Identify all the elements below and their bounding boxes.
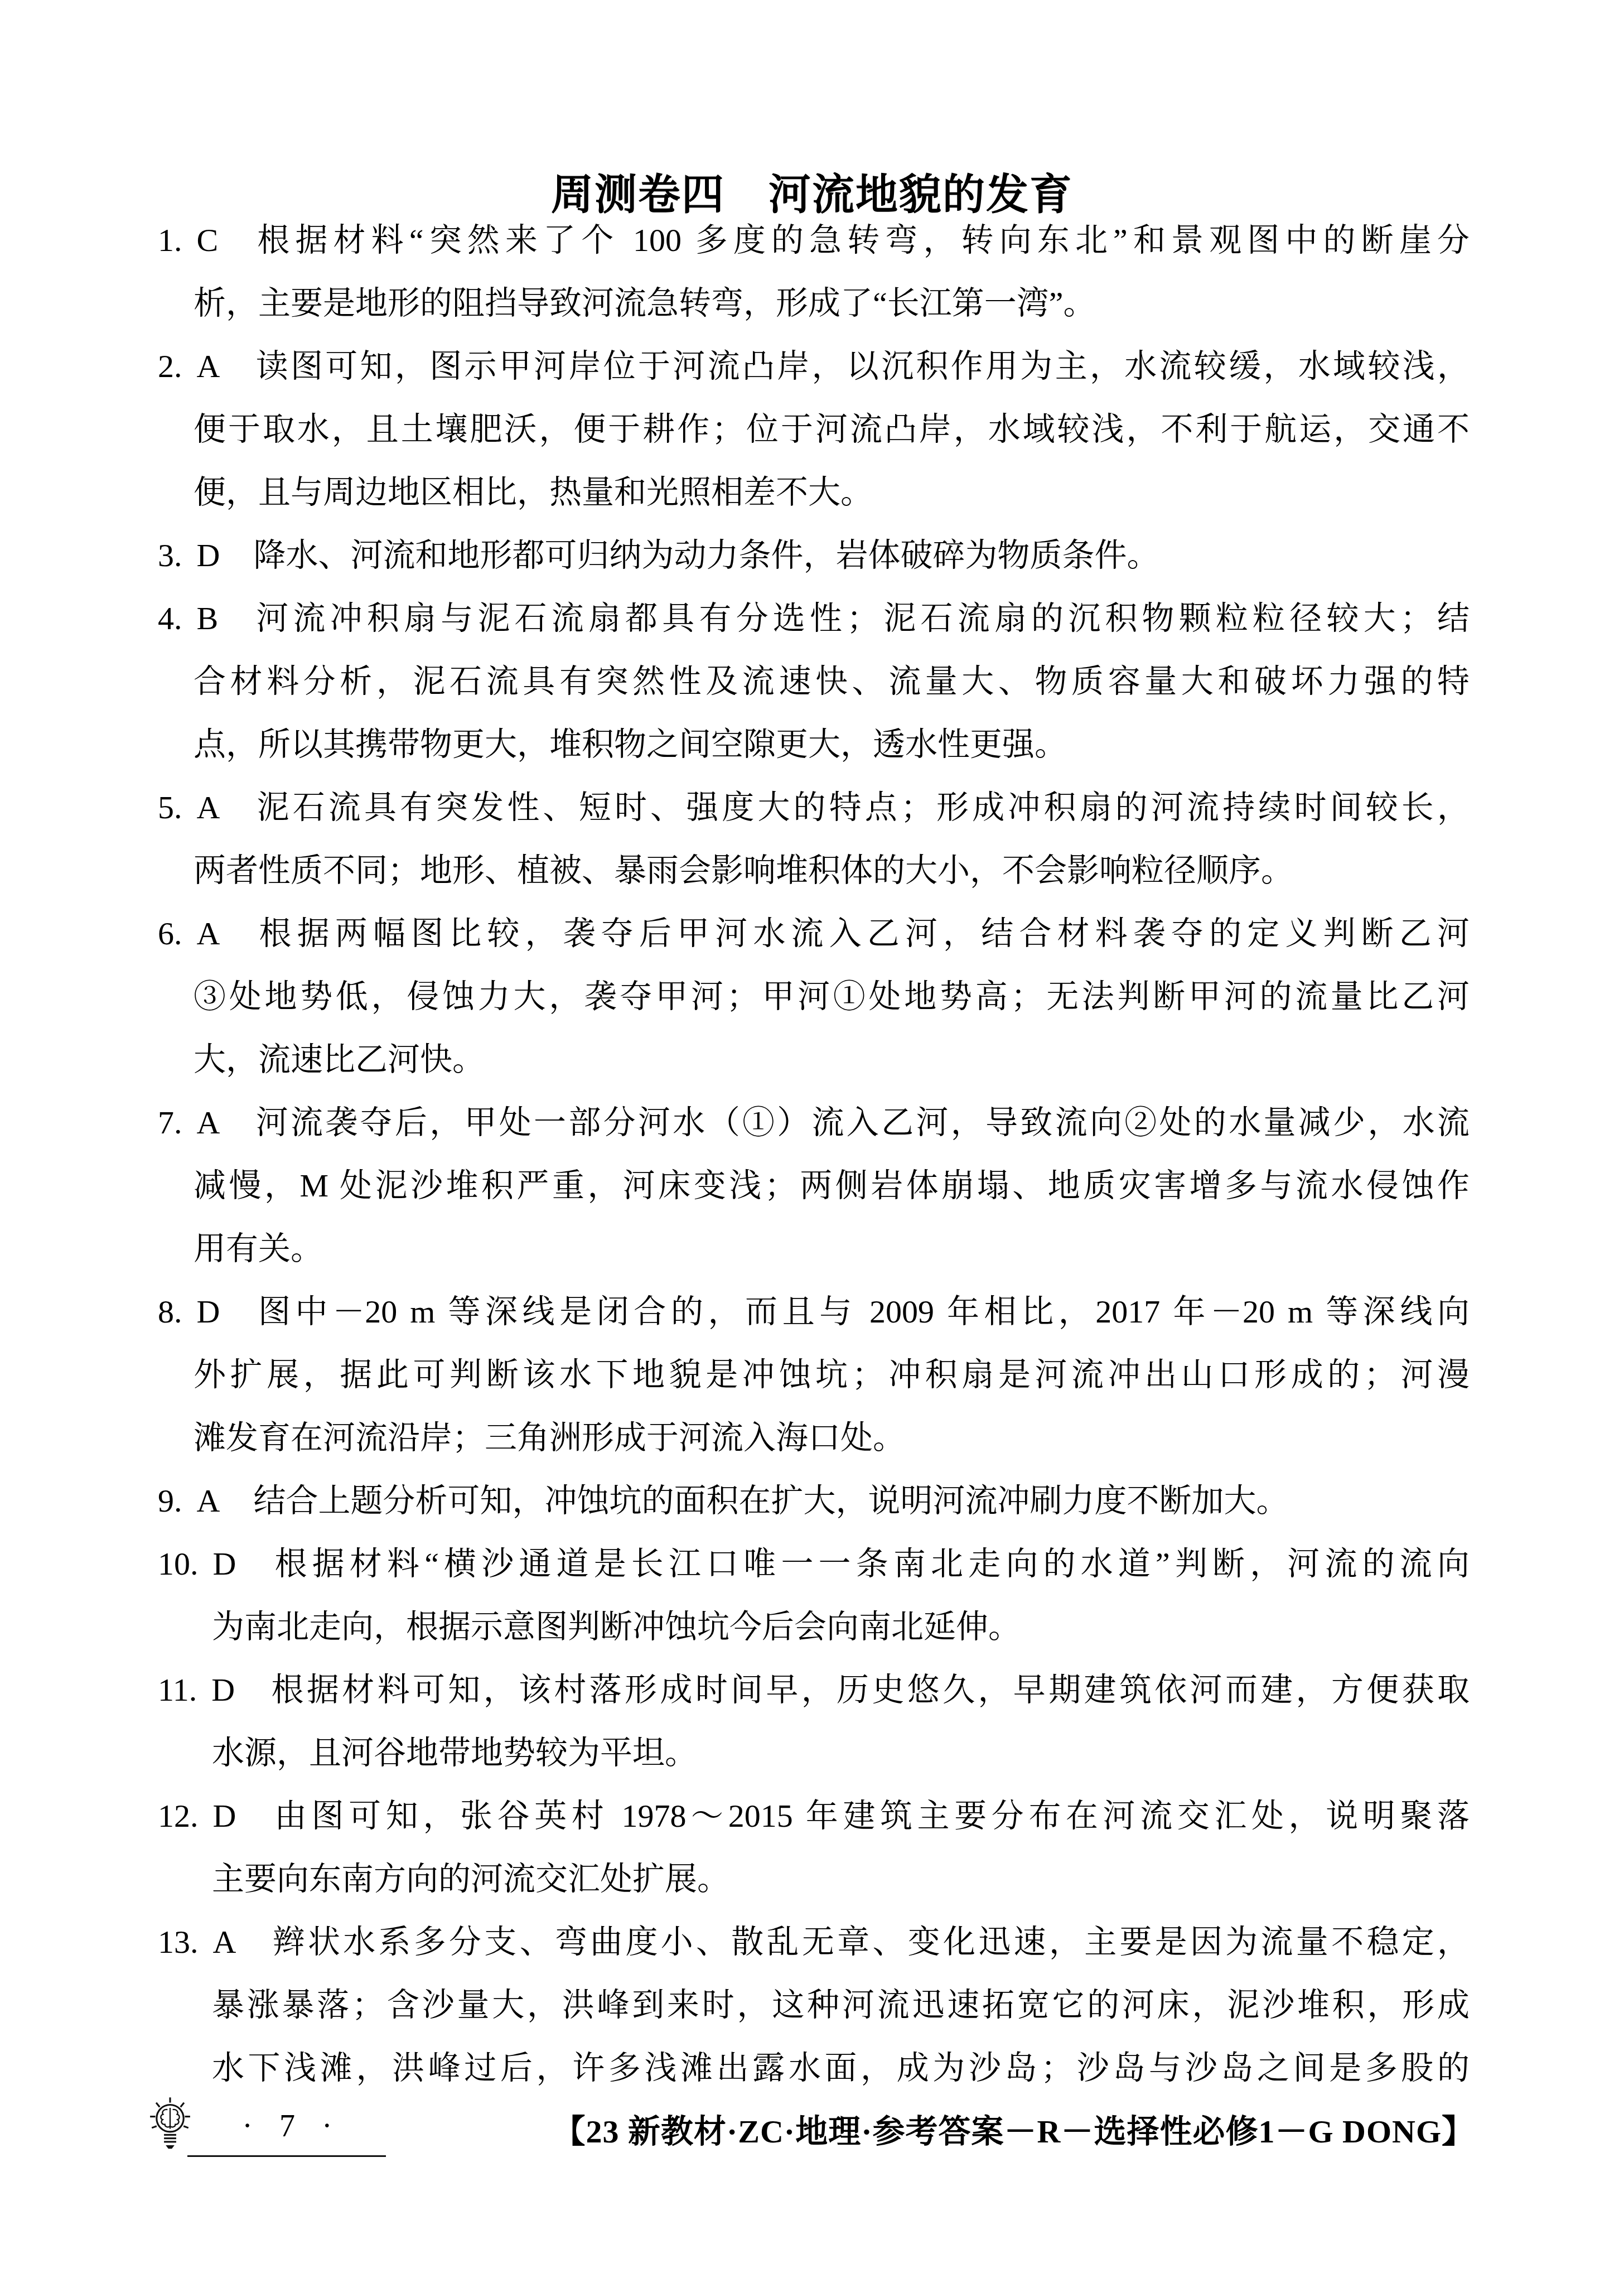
item-number: 1.	[158, 209, 182, 272]
answer-item: 3.D降水、河流和地形都可归纳为动力条件，岩体破碎为物质条件。	[158, 524, 1470, 587]
footer-rule	[187, 2155, 386, 2157]
page-number: · 7 ·	[190, 2108, 385, 2144]
answer-item: 8.D图中－20 m 等深线是闭合的，而且与 2009 年相比，2017 年－2…	[158, 1280, 1470, 1469]
answer-item: 13.A辫状水系多分支、弯曲度小、散乱无章、变化迅速，主要是因为流量不稳定，暴涨…	[158, 1910, 1470, 2099]
answer-text: 河流冲积扇与泥石流扇都具有分选性；泥石流扇的沉积物颗粒粒径较大；结	[252, 600, 1470, 636]
answer-line: 7.A河流袭夺后，甲处一部分河水（①）流入乙河，导致流向②处的水量减少，水流	[158, 1091, 1470, 1154]
answer-text: 降水、河流和地形都可归纳为动力条件，岩体破碎为物质条件。	[253, 537, 1159, 573]
answer-line: 暴涨暴落；含沙量大，洪峰到来时，这种河流迅速拓宽它的河床，泥沙堆积，形成	[158, 1973, 1470, 2036]
answer-item: 4.B河流冲积扇与泥石流扇都具有分选性；泥石流扇的沉积物颗粒粒径较大；结合材料分…	[158, 587, 1470, 776]
answer-letter: A	[197, 902, 220, 965]
item-number: 5.	[158, 776, 182, 839]
answer-line: 4.B河流冲积扇与泥石流扇都具有分选性；泥石流扇的沉积物颗粒粒径较大；结	[158, 587, 1470, 650]
page-footer: · 7 · 【23 新教材·ZC·地理·参考答案－R－选择性必修1－G DONG…	[0, 2086, 1624, 2198]
answer-letter: A	[213, 1910, 236, 1973]
answer-sheet-page: 周测卷四 河流地貌的发育 1.C根据材料“突然来了个 100 多度的急转弯，转向…	[0, 0, 1624, 2283]
answer-item: 6.A根据两幅图比较，袭夺后甲河水流入乙河，结合材料袭夺的定义判断乙河③处地势低…	[158, 902, 1470, 1091]
answer-item: 2.A读图可知，图示甲河岸位于河流凸岸，以沉积作用为主，水流较缓，水域较浅，便于…	[158, 335, 1470, 524]
answer-list: 1.C根据材料“突然来了个 100 多度的急转弯，转向东北”和景观图中的断崖分析…	[158, 209, 1470, 2099]
answer-line: 13.A辫状水系多分支、弯曲度小、散乱无章、变化迅速，主要是因为流量不稳定，	[158, 1910, 1470, 1973]
answer-text: 河流袭夺后，甲处一部分河水（①）流入乙河，导致流向②处的水量减少，水流	[253, 1104, 1470, 1141]
answer-letter: A	[197, 776, 220, 839]
answer-letter: A	[197, 335, 220, 398]
lightbulb-brain-icon	[148, 2096, 192, 2155]
answer-line: 析，主要是地形的阻挡导致河流急转弯，形成了“长江第一湾”。	[158, 272, 1470, 335]
answer-line: 外扩展，据此可判断该水下地貌是冲蚀坑；冲积扇是河流冲出山口形成的；河漫	[158, 1343, 1470, 1406]
answer-text: 根据材料“横沙通道是长江口唯一一条南北走向的水道”判断，河流的流向	[269, 1546, 1470, 1582]
answer-letter: D	[213, 1784, 236, 1847]
item-number: 12.	[158, 1784, 199, 1847]
answer-line: 12.D由图可知，张谷英村 1978～2015 年建筑主要分布在河流交汇处，说明…	[158, 1784, 1470, 1847]
footer-brand-text: 【23 新教材·ZC·地理·参考答案－R－选择性必修1－G DONG】	[553, 2105, 1475, 2152]
answer-item: 9.A结合上题分析可知，冲蚀坑的面积在扩大，说明河流冲刷力度不断加大。	[158, 1469, 1470, 1532]
answer-text: 泥石流具有突发性、短时、强度大的特点；形成冲积扇的河流持续时间较长，	[253, 789, 1470, 826]
answer-text: 根据材料可知，该村落形成时间早，历史悠久，早期建筑依河而建，方便获取	[268, 1672, 1470, 1708]
answer-text: 辫状水系多分支、弯曲度小、散乱无章、变化迅速，主要是因为流量不稳定，	[269, 1924, 1470, 1960]
item-number: 6.	[158, 902, 182, 965]
answer-line: 主要向东南方向的河流交汇处扩展。	[158, 1847, 1470, 1910]
answer-line: 8.D图中－20 m 等深线是闭合的，而且与 2009 年相比，2017 年－2…	[158, 1280, 1470, 1343]
answer-line: 1.C根据材料“突然来了个 100 多度的急转弯，转向东北”和景观图中的断崖分	[158, 209, 1470, 272]
answer-letter: D	[213, 1532, 236, 1595]
item-number: 8.	[158, 1280, 182, 1343]
item-number: 4.	[158, 587, 182, 650]
answer-line: 2.A读图可知，图示甲河岸位于河流凸岸，以沉积作用为主，水流较缓，水域较浅，	[158, 335, 1470, 398]
answer-line: 3.D降水、河流和地形都可归纳为动力条件，岩体破碎为物质条件。	[158, 524, 1470, 587]
answer-line: 9.A结合上题分析可知，冲蚀坑的面积在扩大，说明河流冲刷力度不断加大。	[158, 1469, 1470, 1532]
answer-line: 合材料分析，泥石流具有突然性及流速快、流量大、物质容量大和破坏力强的特	[158, 650, 1470, 713]
answer-text: 图中－20 m 等深线是闭合的，而且与 2009 年相比，2017 年－20 m…	[253, 1293, 1470, 1330]
answer-text: 由图可知，张谷英村 1978～2015 年建筑主要分布在河流交汇处，说明聚落	[269, 1798, 1470, 1834]
answer-line: 5.A泥石流具有突发性、短时、强度大的特点；形成冲积扇的河流持续时间较长，	[158, 776, 1470, 839]
answer-line: 大，流速比乙河快。	[158, 1028, 1470, 1091]
item-number: 2.	[158, 335, 182, 398]
answer-item: 7.A河流袭夺后，甲处一部分河水（①）流入乙河，导致流向②处的水量减少，水流减慢…	[158, 1091, 1470, 1280]
answer-line: 点，所以其携带物更大，堆积物之间空隙更大，透水性更强。	[158, 713, 1470, 776]
answer-text: 读图可知，图示甲河岸位于河流凸岸，以沉积作用为主，水流较缓，水域较浅，	[253, 348, 1470, 384]
answer-item: 5.A泥石流具有突发性、短时、强度大的特点；形成冲积扇的河流持续时间较长，两者性…	[158, 776, 1470, 902]
answer-line: 便于取水，且土壤肥沃，便于耕作；位于河流凸岸，水域较浅，不利于航运，交通不	[158, 398, 1470, 461]
answer-line: 水源，且河谷地带地势较为平坦。	[158, 1721, 1470, 1784]
item-number: 13.	[158, 1910, 199, 1973]
answer-line: ③处地势低，侵蚀力大，袭夺甲河；甲河①处地势高；无法判断甲河的流量比乙河	[158, 965, 1470, 1028]
answer-item: 1.C根据材料“突然来了个 100 多度的急转弯，转向东北”和景观图中的断崖分析…	[158, 209, 1470, 335]
answer-item: 11.D根据材料可知，该村落形成时间早，历史悠久，早期建筑依河而建，方便获取水源…	[158, 1658, 1470, 1784]
item-number: 7.	[158, 1091, 182, 1154]
answer-line: 减慢，M 处泥沙堆积严重，河床变浅；两侧岩体崩塌、地质灾害增多与流水侵蚀作	[158, 1154, 1470, 1217]
answer-letter: A	[197, 1469, 220, 1532]
answer-letter: D	[197, 1280, 220, 1343]
answer-line: 滩发育在河流沿岸；三角洲形成于河流入海口处。	[158, 1406, 1470, 1469]
answer-item: 10.D根据材料“横沙通道是长江口唯一一条南北走向的水道”判断，河流的流向为南北…	[158, 1532, 1470, 1658]
answer-text: 根据材料“突然来了个 100 多度的急转弯，转向东北”和景观图中的断崖分	[252, 222, 1470, 258]
answer-line: 为南北走向，根据示意图判断冲蚀坑今后会向南北延伸。	[158, 1595, 1470, 1658]
item-number: 10.	[158, 1532, 199, 1595]
answer-text: 根据两幅图比较，袭夺后甲河水流入乙河，结合材料袭夺的定义判断乙河	[253, 915, 1470, 952]
answer-line: 11.D根据材料可知，该村落形成时间早，历史悠久，早期建筑依河而建，方便获取	[158, 1658, 1470, 1721]
answer-line: 用有关。	[158, 1217, 1470, 1280]
answer-line: 6.A根据两幅图比较，袭夺后甲河水流入乙河，结合材料袭夺的定义判断乙河	[158, 902, 1470, 965]
answer-line: 10.D根据材料“横沙通道是长江口唯一一条南北走向的水道”判断，河流的流向	[158, 1532, 1470, 1595]
answer-letter: D	[197, 524, 220, 587]
item-number: 3.	[158, 524, 182, 587]
answer-letter: D	[211, 1658, 235, 1721]
item-number: 9.	[158, 1469, 182, 1532]
answer-line: 便，且与周边地区相比，热量和光照相差不大。	[158, 461, 1470, 524]
answer-letter: B	[197, 587, 219, 650]
answer-letter: C	[197, 209, 219, 272]
answer-text: 结合上题分析可知，冲蚀坑的面积在扩大，说明河流冲刷力度不断加大。	[253, 1483, 1288, 1519]
answer-item: 12.D由图可知，张谷英村 1978～2015 年建筑主要分布在河流交汇处，说明…	[158, 1784, 1470, 1910]
answer-letter: A	[197, 1091, 220, 1154]
item-number: 11.	[158, 1658, 197, 1721]
answer-line: 两者性质不同；地形、植被、暴雨会影响堆积体的大小，不会影响粒径顺序。	[158, 839, 1470, 902]
